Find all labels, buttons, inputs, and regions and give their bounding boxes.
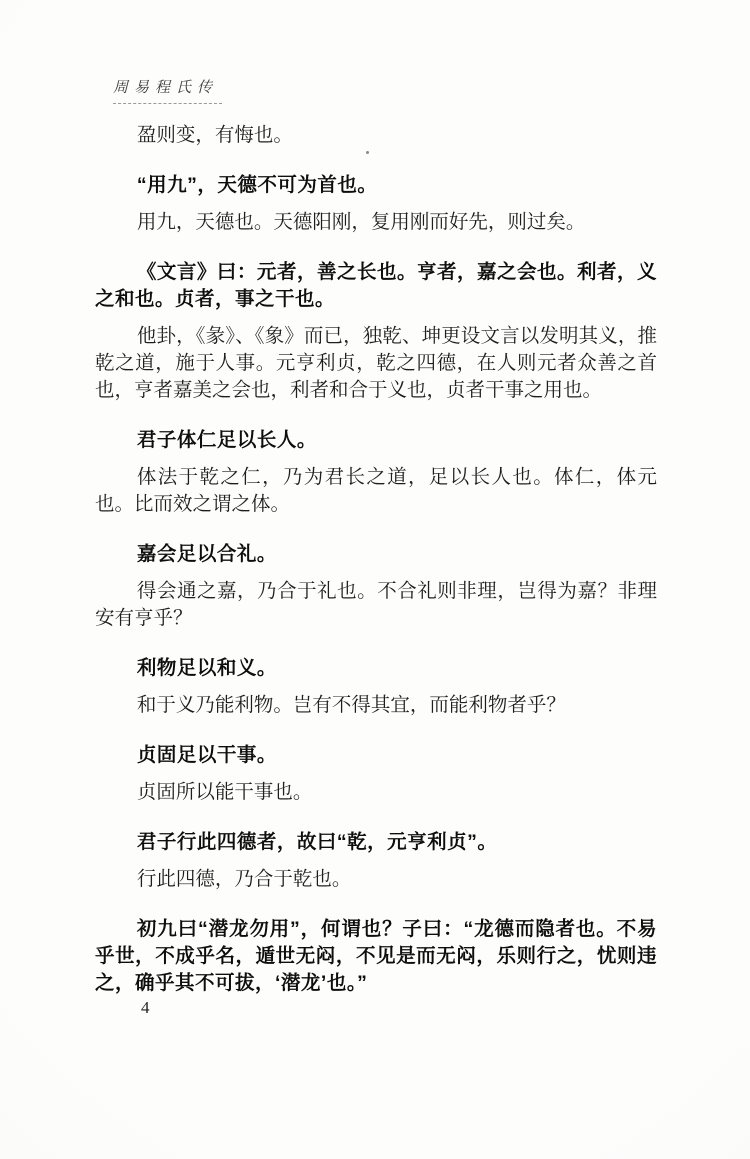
- running-header-title: 周易程氏传: [113, 76, 222, 104]
- book-page: 周易程氏传 盈则变，有悔也。“用九”，天德不可为首也。用九，天德也。天德阳刚，复…: [0, 0, 750, 1159]
- commentary-paragraph: 他卦，《彖》、《象》而已，独乾、坤更设文言以发明其义，推乾之道，施于人事。元亨利…: [95, 323, 657, 404]
- heading-paragraph: 贞固足以干事。: [95, 742, 657, 769]
- heading-paragraph: 君子体仁足以长人。: [95, 427, 657, 454]
- heading-paragraph: 《文言》曰：元者，善之长也。亨者，嘉之会也。利者，义之和也。贞者，事之干也。: [95, 259, 657, 313]
- text-blocks: 盈则变，有悔也。“用九”，天德不可为首也。用九，天德也。天德阳刚，复用刚而好先，…: [95, 122, 657, 997]
- heading-paragraph: 嘉会足以合礼。: [95, 541, 657, 568]
- page-number: 4: [141, 998, 150, 1018]
- heading-paragraph: 君子行此四德者，故曰“乾，元亨利贞”。: [95, 829, 657, 856]
- commentary-paragraph: 和于义乃能利物。岂有不得其宜，而能利物者乎？: [95, 692, 657, 719]
- commentary-paragraph: 行此四德，乃合于乾也。: [95, 866, 657, 893]
- commentary-paragraph: 盈则变，有悔也。: [95, 122, 657, 149]
- commentary-paragraph: 用九，天德也。天德阳刚，复用刚而好先，则过矣。: [95, 209, 657, 236]
- commentary-paragraph: 贞固所以能干事也。: [95, 779, 657, 806]
- commentary-paragraph: 得会通之嘉，乃合于礼也。不合礼则非理，岂得为嘉？非理安有亨乎？: [95, 578, 657, 632]
- heading-paragraph: “用九”，天德不可为首也。: [95, 172, 657, 199]
- heading-paragraph: 利物足以和义。: [95, 655, 657, 682]
- commentary-paragraph: 体法于乾之仁，乃为君长之道，足以长人也。体仁，体元也。比而效之谓之体。: [95, 464, 657, 518]
- heading-paragraph: 初九曰“潜龙勿用”，何谓也？子曰：“龙德而隐者也。不易乎世，不成乎名，遁世无闷，…: [95, 916, 657, 997]
- running-header: 周易程氏传: [113, 76, 222, 104]
